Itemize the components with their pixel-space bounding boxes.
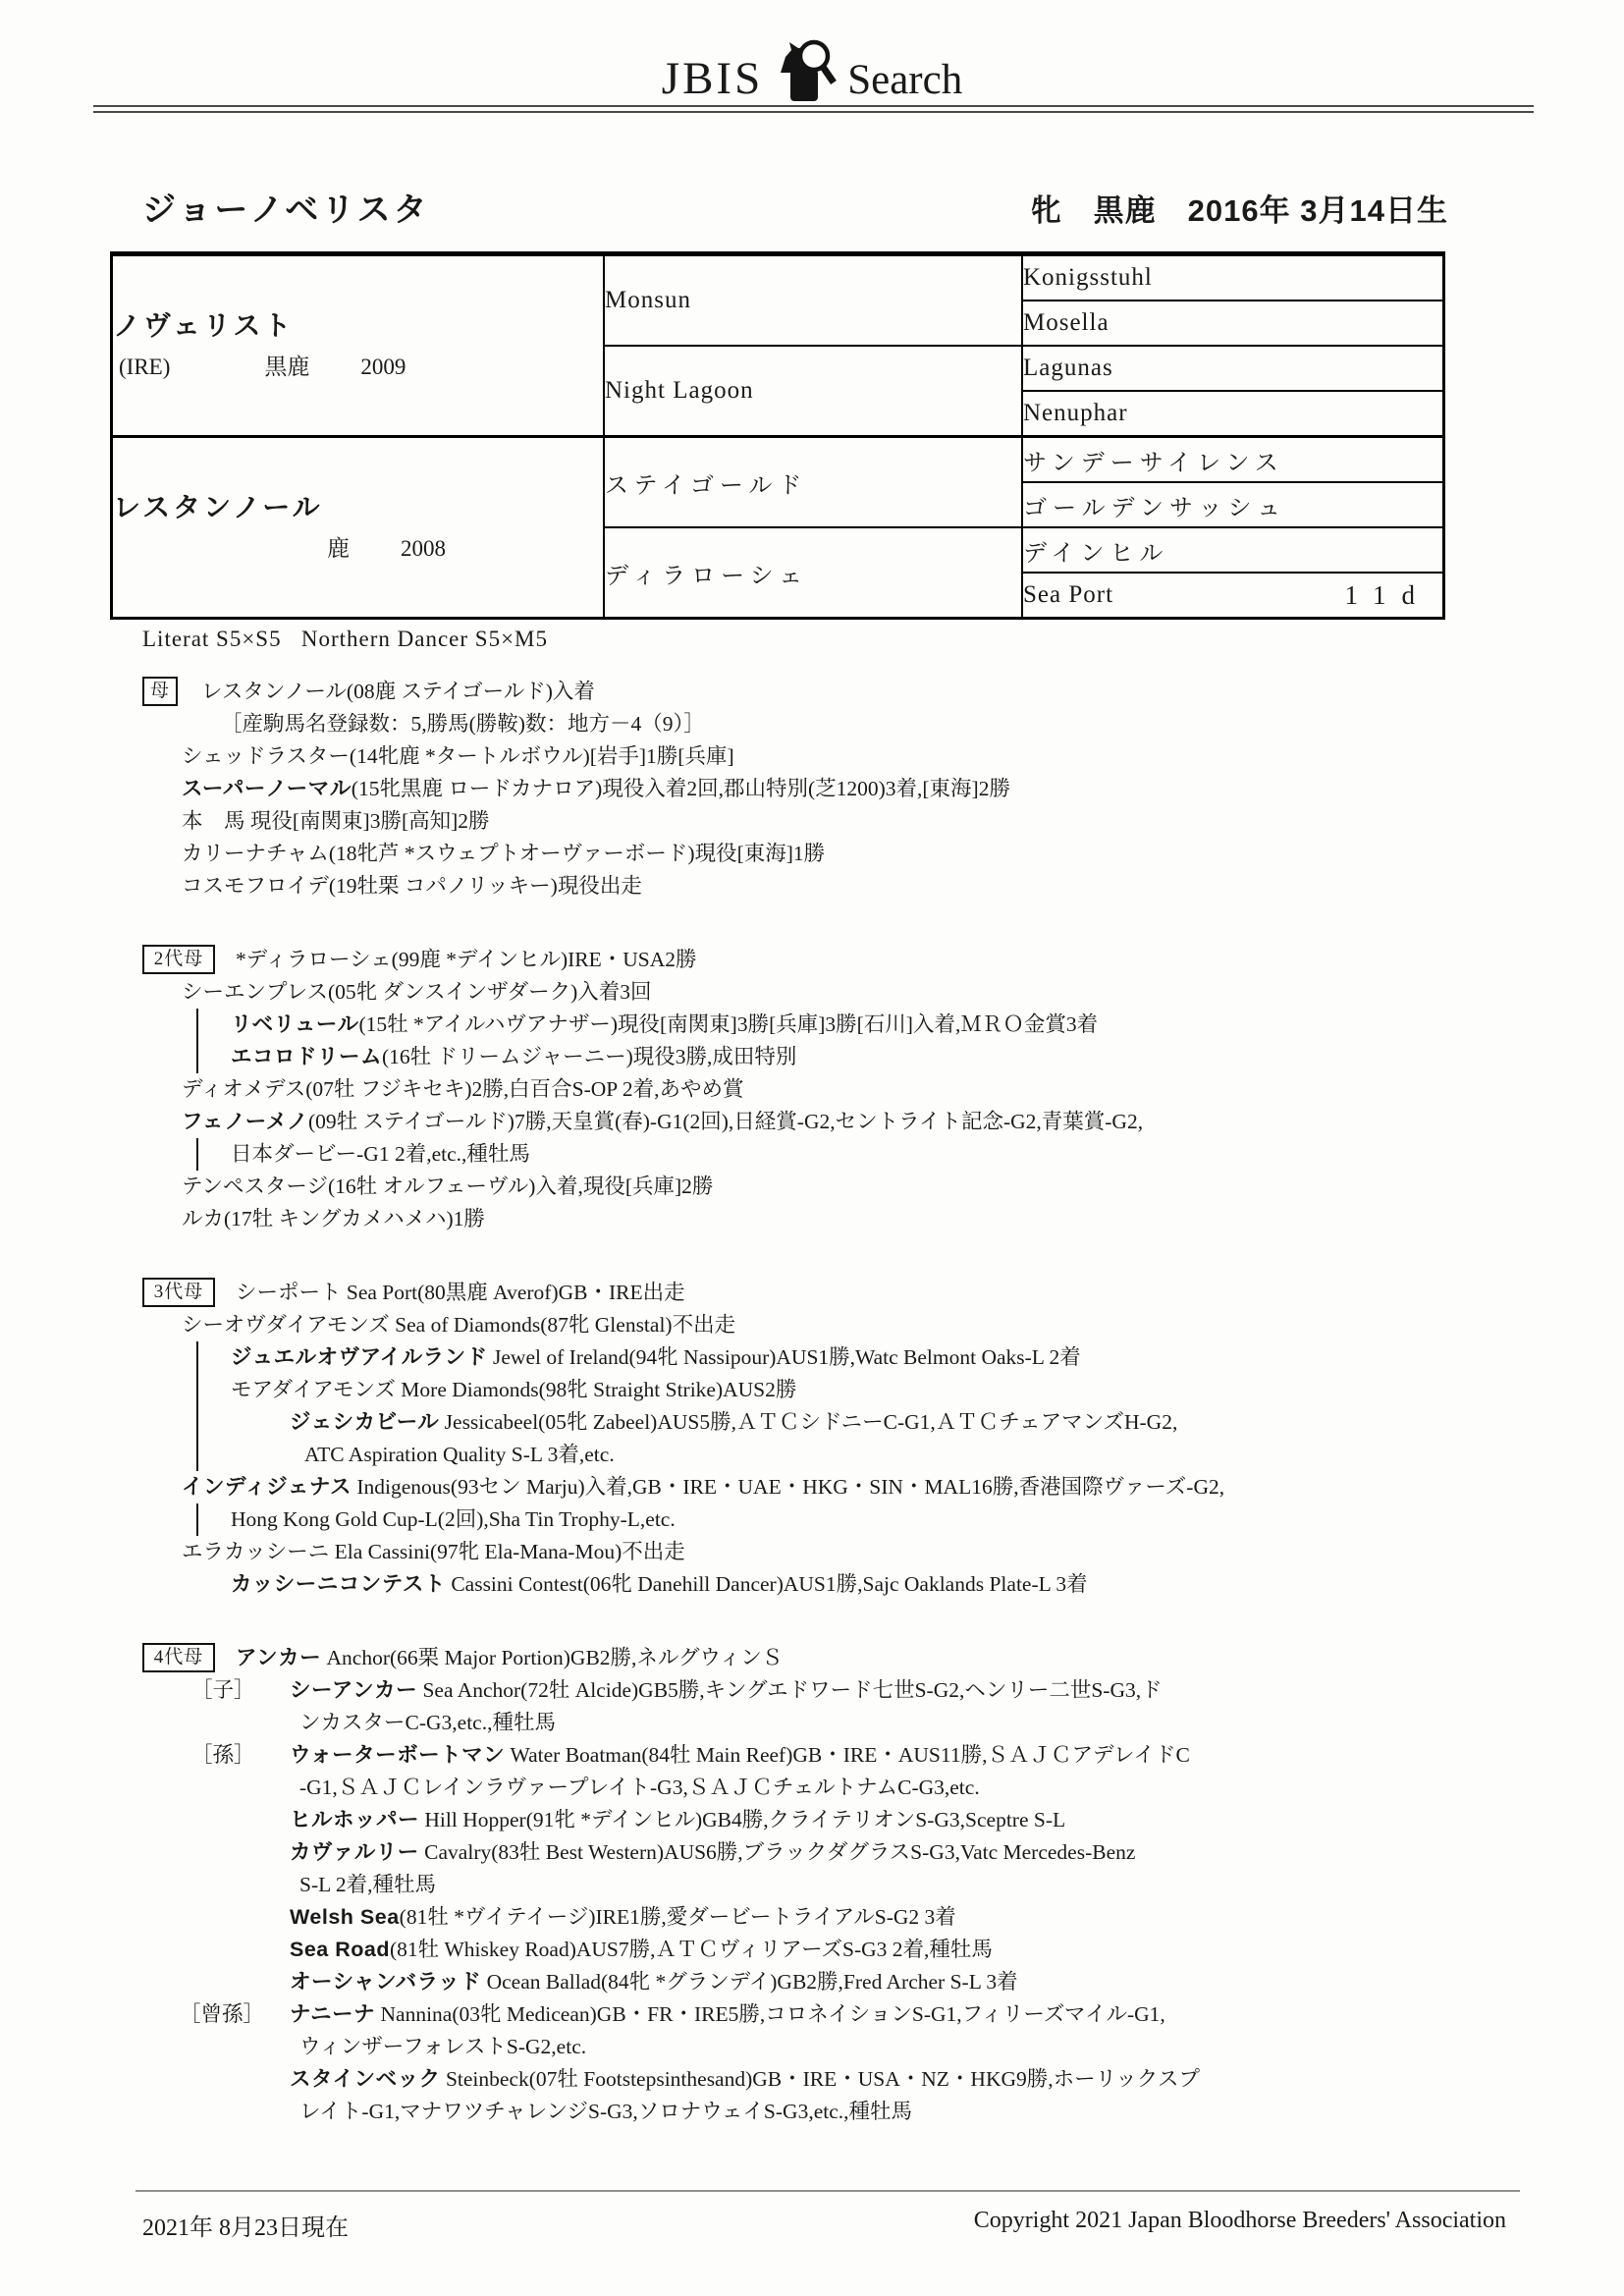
note-line: *ディラローシェ(99鹿 *デインヒル)IRE・USA2勝 bbox=[142, 944, 1586, 976]
note-text: ［産駒馬名登録数：5,勝馬(勝鞍)数：地方－4（9）］ bbox=[221, 712, 705, 736]
jbis-logo-search-text: Search bbox=[847, 58, 962, 102]
note-line: コスモフロイデ(19牡栗 コパノリッキー)現役出走 bbox=[142, 870, 1586, 902]
note-text: (81牡 Whiskey Road)AUS7勝,ＡＴＣヴィリアーズS-G3 2着… bbox=[390, 1938, 993, 1961]
note-text: -G1,ＳＡＪＣレインラヴァープレイト-G3,ＳＡＪＣチェルトナムC-G3,et… bbox=[299, 1776, 980, 1799]
greatgrandparent-cell: Konigsstuhl bbox=[1022, 254, 1444, 301]
note-text: (16牡 ドリームジャーニー)現役3勝,成田特別 bbox=[382, 1045, 796, 1068]
note-text: レイト-G1,マナワツチャレンジS-G3,ソロナウェイS-G3,etc.,種牡馬 bbox=[299, 2100, 912, 2123]
horse-name-bold: ウォーターボートマン bbox=[290, 1743, 505, 1767]
horse-name-bold: ヒルホッパー bbox=[290, 1808, 419, 1831]
note-text: シーポート Sea Port(80黒鹿 Averof)GB・IRE出走 bbox=[236, 1281, 685, 1304]
note-line: インディジェナス Indigenous(93セン Marju)入着,GB・IRE… bbox=[142, 1471, 1586, 1503]
note-text: Nannina(03牝 Medicean)GB・FR・IRE5勝,コロネイション… bbox=[375, 2002, 1165, 2026]
horse-name-bold: スーパーノーマル bbox=[182, 777, 352, 800]
note-text: Indigenous(93セン Marju)入着,GB・IRE・UAE・HKG・… bbox=[352, 1475, 1224, 1499]
grandparent-cell: Night Lagoon bbox=[604, 346, 1022, 437]
note-line: シェッドラスター(14牝鹿 *タートルボウル)[岩手]1勝[兵庫] bbox=[142, 740, 1586, 773]
descendant-connector-line bbox=[196, 1041, 198, 1073]
note-text: カリーナチャム(18牝芦 *スウェプトオーヴァーボード)現役[東海]1勝 bbox=[182, 842, 825, 865]
pedigree-notes: 母レスタンノール(08鹿 ステイゴールド)入着［産駒馬名登録数：5,勝馬(勝鞍)… bbox=[142, 676, 1586, 2169]
generation-prefix: ［子］ bbox=[191, 1674, 255, 1707]
sire-color: 黒鹿 bbox=[264, 355, 309, 379]
greatgrandparent-name: Sea Port bbox=[1023, 581, 1113, 609]
horse-name: ジョーノベリスタ bbox=[142, 183, 430, 231]
pedigree-section-fourth-dam: 4代母アンカー Anchor(66栗 Major Portion)GB2勝,ネル… bbox=[142, 1642, 1586, 2128]
note-line: テンペスタージ(16牡 オルフェーヴル)入着,現役[兵庫]2勝 bbox=[142, 1171, 1586, 1203]
dam-name: レスタンノール bbox=[113, 492, 603, 523]
horse-name-bold: カッシーニコンテスト bbox=[231, 1572, 446, 1596]
note-text: Sea Anchor(72牡 Alcide)GB5勝,キングエドワード七世S-G… bbox=[417, 1678, 1163, 1702]
note-text: (15牡 *アイルハヴアナザー)現役[南関東]3勝[兵庫]3勝[石川]入着,ＭＲ… bbox=[359, 1012, 1099, 1036]
note-line: ジェシカビール Jessicabeel(05牝 Zabeel)AUS5勝,ＡＴＣ… bbox=[142, 1406, 1586, 1439]
note-text: S-L 2着,種牡馬 bbox=[299, 1873, 436, 1896]
note-text: エラカッシーニ Ela Cassini(97牝 Ela-Mana-Mou)不出走 bbox=[182, 1540, 685, 1563]
note-text: Cavalry(83牡 Best Western)AUS6勝,ブラックダグラスS… bbox=[419, 1840, 1136, 1864]
note-text: ンカスターC-G3,etc.,種牡馬 bbox=[299, 1711, 556, 1734]
pedigree-section-second-dam: 2代母*ディラローシェ(99鹿 *デインヒル)IRE・USA2勝シーエンプレス(… bbox=[142, 944, 1586, 1235]
note-line: Sea Road(81牡 Whiskey Road)AUS7勝,ＡＴＣヴィリアー… bbox=[142, 1934, 1586, 1966]
horse-name-bold: カヴァルリー bbox=[290, 1840, 419, 1864]
note-text: Water Boatman(84牡 Main Reef)GB・IRE・AUS11… bbox=[505, 1743, 1190, 1767]
inbreeding-note: Literat S5×S5 Northern Dancer S5×M5 bbox=[142, 627, 548, 652]
note-text: (09牡 ステイゴールド)7勝,天皇賞(春)-G1(2回),日経賞-G2,セント… bbox=[308, 1110, 1143, 1133]
note-text: シェッドラスター(14牝鹿 *タートルボウル)[岩手]1勝[兵庫] bbox=[182, 744, 734, 768]
horse-name-bold: Sea Road bbox=[290, 1938, 390, 1961]
dam-cell: レスタンノール 鹿2008 bbox=[112, 437, 605, 619]
sex-color-birthdate: 牝 黒鹿 2016年 3月14日生 bbox=[1031, 186, 1448, 230]
note-line: S-L 2着,種牡馬 bbox=[142, 1869, 1586, 1901]
note-line: エコロドリーム(16牡 ドリームジャーニー)現役3勝,成田特別 bbox=[142, 1041, 1586, 1073]
greatgrandparent-cell: Mosella bbox=[1022, 301, 1444, 346]
greatgrandparent-cell: Nenuphar bbox=[1022, 391, 1444, 437]
note-text: *ディラローシェ(99鹿 *デインヒル)IRE・USA2勝 bbox=[236, 948, 697, 971]
descendant-connector-line bbox=[196, 1009, 198, 1041]
generation-prefix: ［曾孫］ bbox=[180, 1998, 264, 2031]
note-line: 本 馬 現役[南関東]3勝[高知]2勝 bbox=[142, 805, 1586, 838]
note-line: シーオヴダイアモンズ Sea of Diamonds(87牝 Glenstal)… bbox=[142, 1309, 1586, 1341]
horse-name-bold: インディジェナス bbox=[182, 1475, 352, 1499]
sire-detail: (IRE)黒鹿2009 bbox=[113, 349, 603, 381]
note-line: フェノーメノ(09牡 ステイゴールド)7勝,天皇賞(春)-G1(2回),日経賞-… bbox=[142, 1106, 1586, 1138]
note-text: ウィンザーフォレストS-G2,etc. bbox=[299, 2035, 586, 2058]
note-text: Anchor(66栗 Major Portion)GB2勝,ネルグウィンＳ bbox=[321, 1646, 783, 1669]
pedigree-table: ノヴェリスト (IRE)黒鹿2009 Monsun Konigsstuhl Mo… bbox=[110, 251, 1445, 620]
note-line: オーシャンバラッド Ocean Ballad(84牝 *グランデイ)GB2勝,F… bbox=[142, 1966, 1586, 1998]
family-number: 11d bbox=[1345, 580, 1432, 611]
note-line: ［曾孫］ナニーナ Nannina(03牝 Medicean)GB・FR・IRE5… bbox=[142, 1998, 1586, 2031]
note-text: Steinbeck(07牡 Footstepsinthesand)GB・IRE・… bbox=[441, 2067, 1200, 2091]
note-line: シーポート Sea Port(80黒鹿 Averof)GB・IRE出走 bbox=[142, 1277, 1586, 1309]
descendant-connector-line bbox=[196, 1503, 198, 1536]
note-line: アンカー Anchor(66栗 Major Portion)GB2勝,ネルグウィ… bbox=[142, 1642, 1586, 1674]
note-line: ［子］シーアンカー Sea Anchor(72牡 Alcide)GB5勝,キング… bbox=[142, 1674, 1586, 1707]
jbis-logo-horse-magnifier-icon bbox=[769, 37, 841, 108]
horse-name-bold: シーアンカー bbox=[290, 1678, 417, 1702]
dam-detail: 鹿2008 bbox=[113, 530, 603, 563]
note-text: テンペスタージ(16牡 オルフェーヴル)入着,現役[兵庫]2勝 bbox=[182, 1175, 713, 1198]
note-line: シーエンプレス(05牝 ダンスインザダーク)入着3回 bbox=[142, 976, 1586, 1009]
dam-color: 鹿 bbox=[327, 536, 350, 561]
horse-name-bold: ジュエルオヴアイルランド bbox=[231, 1345, 488, 1369]
sire-cell: ノヴェリスト (IRE)黒鹿2009 bbox=[112, 254, 605, 437]
note-line: ディオメデス(07牡 フジキセキ)2勝,白百合S-OP 2着,あやめ賞 bbox=[142, 1073, 1586, 1106]
sire-origin: (IRE) bbox=[119, 355, 170, 379]
greatgrandparent-cell: Lagunas bbox=[1022, 346, 1444, 391]
jbis-logo-text: JBIS bbox=[662, 56, 763, 102]
footer-date: 2021年 8月23日現在 bbox=[142, 2208, 349, 2242]
footer: 2021年 8月23日現在 Copyright 2021 Japan Blood… bbox=[142, 2208, 1506, 2242]
note-line: スタインベック Steinbeck(07牡 Footstepsinthesand… bbox=[142, 2063, 1586, 2096]
horse-name-bold: Welsh Sea bbox=[290, 1905, 400, 1929]
pedigree-section-third-dam: 3代母シーポート Sea Port(80黒鹿 Averof)GB・IRE出走シー… bbox=[142, 1277, 1586, 1601]
note-text: 日本ダービー-G1 2着,etc.,種牡馬 bbox=[231, 1142, 530, 1166]
note-line: カッシーニコンテスト Cassini Contest(06牝 Danehill … bbox=[142, 1568, 1586, 1601]
descendant-connector-line bbox=[196, 1374, 198, 1406]
note-text: ルカ(17牡 キングカメハメハ)1勝 bbox=[182, 1207, 485, 1230]
note-text: モアダイアモンズ More Diamonds(98牝 Straight Stri… bbox=[231, 1378, 796, 1401]
note-line: Welsh Sea(81牡 *ヴイテイージ)IRE1勝,愛ダービートライアルS-… bbox=[142, 1901, 1586, 1934]
note-line: ルカ(17牡 キングカメハメハ)1勝 bbox=[142, 1203, 1586, 1235]
note-text: (15牝黒鹿 ロードカナロア)現役入着2回,郡山特別(芝1200)3着,[東海]… bbox=[352, 777, 1010, 800]
horse-name-bold: ジェシカビール bbox=[290, 1410, 439, 1434]
horse-name-bold: ナニーナ bbox=[290, 2002, 375, 2026]
footer-divider bbox=[135, 2190, 1520, 2192]
sire-year: 2009 bbox=[360, 355, 406, 379]
note-line: 日本ダービー-G1 2着,etc.,種牡馬 bbox=[142, 1138, 1586, 1171]
note-line: エラカッシーニ Ela Cassini(97牝 Ela-Mana-Mou)不出走 bbox=[142, 1536, 1586, 1568]
seaport-cell: Sea Port 11d bbox=[1023, 580, 1442, 611]
note-text: ATC Aspiration Quality S-L 3着,etc. bbox=[304, 1443, 615, 1466]
grandparent-cell: Monsun bbox=[604, 254, 1022, 347]
header-divider bbox=[93, 105, 1534, 113]
note-line: ウィンザーフォレストS-G2,etc. bbox=[142, 2031, 1586, 2063]
greatgrandparent-cell: サンデーサイレンス bbox=[1022, 437, 1444, 483]
note-text: Ocean Ballad(84牝 *グランデイ)GB2勝,Fred Archer… bbox=[481, 1970, 1017, 1994]
note-line: レスタンノール(08鹿 ステイゴールド)入着 bbox=[142, 676, 1586, 708]
descendant-connector-line bbox=[196, 1341, 198, 1374]
note-text: Cassini Contest(06牝 Danehill Dancer)AUS1… bbox=[446, 1572, 1088, 1596]
horse-name-bold: フェノーメノ bbox=[182, 1110, 308, 1133]
note-text: Hill Hopper(91牝 *デインヒル)GB4勝,クライテリオンS-G3,… bbox=[419, 1808, 1065, 1831]
note-text: Jewel of Ireland(94牝 Nassipour)AUS1勝,Wat… bbox=[488, 1345, 1081, 1369]
note-text: シーエンプレス(05牝 ダンスインザダーク)入着3回 bbox=[182, 980, 652, 1004]
grandparent-cell: ステイゴールド bbox=[604, 437, 1022, 528]
note-text: Jessicabeel(05牝 Zabeel)AUS5勝,ＡＴＣシドニーC-G1… bbox=[439, 1410, 1177, 1434]
footer-copyright: Copyright 2021 Japan Bloodhorse Breeders… bbox=[974, 2208, 1506, 2242]
descendant-connector-line bbox=[196, 1406, 198, 1439]
title-row: ジョーノベリスタ 牝 黒鹿 2016年 3月14日生 bbox=[142, 183, 1448, 231]
greatgrandparent-cell: ゴールデンサッシュ bbox=[1022, 482, 1444, 527]
note-line: リベリュール(15牡 *アイルハヴアナザー)現役[南関東]3勝[兵庫]3勝[石川… bbox=[142, 1009, 1586, 1041]
note-line: レイト-G1,マナワツチャレンジS-G3,ソロナウェイS-G3,etc.,種牡馬 bbox=[142, 2096, 1586, 2128]
note-line: ［産駒馬名登録数：5,勝馬(勝鞍)数：地方－4（9）］ bbox=[142, 708, 1586, 740]
note-text: コスモフロイデ(19牡栗 コパノリッキー)現役出走 bbox=[182, 874, 642, 898]
horse-name-bold: スタインベック bbox=[290, 2067, 441, 2091]
horse-name-bold: リベリュール bbox=[231, 1012, 359, 1036]
grandparent-cell: ディラローシェ bbox=[604, 527, 1022, 619]
note-line: モアダイアモンズ More Diamonds(98牝 Straight Stri… bbox=[142, 1374, 1586, 1406]
generation-prefix: ［孫］ bbox=[191, 1739, 255, 1772]
pedigree-section-mother: 母レスタンノール(08鹿 ステイゴールド)入着［産駒馬名登録数：5,勝馬(勝鞍)… bbox=[142, 676, 1586, 902]
note-line: ヒルホッパー Hill Hopper(91牝 *デインヒル)GB4勝,クライテリ… bbox=[142, 1804, 1586, 1836]
note-text: Hong Kong Gold Cup-L(2回),Sha Tin Trophy-… bbox=[231, 1507, 676, 1531]
note-line: ［孫］ウォーターボートマン Water Boatman(84牡 Main Ree… bbox=[142, 1739, 1586, 1772]
note-line: カヴァルリー Cavalry(83牡 Best Western)AUS6勝,ブラ… bbox=[142, 1836, 1586, 1869]
note-line: Hong Kong Gold Cup-L(2回),Sha Tin Trophy-… bbox=[142, 1503, 1586, 1536]
greatgrandparent-cell: デインヒル bbox=[1022, 527, 1444, 573]
note-line: ATC Aspiration Quality S-L 3着,etc. bbox=[142, 1439, 1586, 1471]
note-line: -G1,ＳＡＪＣレインラヴァープレイト-G3,ＳＡＪＣチェルトナムC-G3,et… bbox=[142, 1772, 1586, 1804]
note-line: ジュエルオヴアイルランド Jewel of Ireland(94牝 Nassip… bbox=[142, 1341, 1586, 1374]
sire-name: ノヴェリスト bbox=[113, 310, 603, 342]
horse-name-bold: アンカー bbox=[236, 1646, 321, 1669]
note-text: 本 馬 現役[南関東]3勝[高知]2勝 bbox=[182, 809, 490, 833]
jbis-logo: JBIS Search bbox=[0, 37, 1624, 102]
note-line: スーパーノーマル(15牝黒鹿 ロードカナロア)現役入着2回,郡山特別(芝1200… bbox=[142, 773, 1586, 805]
horse-name-bold: エコロドリーム bbox=[231, 1045, 382, 1068]
descendant-connector-line bbox=[196, 1138, 198, 1171]
note-text: レスタンノール(08鹿 ステイゴールド)入着 bbox=[201, 680, 595, 703]
note-text: (81牡 *ヴイテイージ)IRE1勝,愛ダービートライアルS-G2 3着 bbox=[400, 1905, 956, 1929]
horse-name-bold: オーシャンバラッド bbox=[290, 1970, 481, 1994]
note-line: ンカスターC-G3,etc.,種牡馬 bbox=[142, 1707, 1586, 1739]
note-line: カリーナチャム(18牝芦 *スウェプトオーヴァーボード)現役[東海]1勝 bbox=[142, 838, 1586, 870]
dam-year: 2008 bbox=[401, 536, 446, 561]
note-text: シーオヴダイアモンズ Sea of Diamonds(87牝 Glenstal)… bbox=[182, 1313, 735, 1337]
descendant-connector-line bbox=[196, 1439, 198, 1471]
note-text: ディオメデス(07牡 フジキセキ)2勝,白百合S-OP 2着,あやめ賞 bbox=[182, 1077, 743, 1101]
